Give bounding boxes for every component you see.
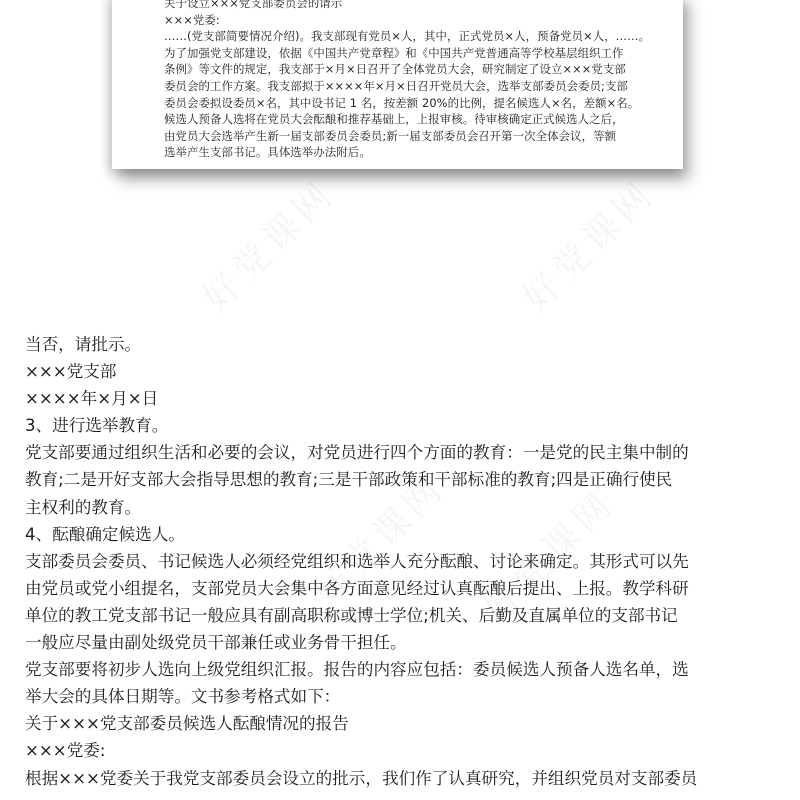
inset-line: ×××党委: bbox=[164, 12, 684, 29]
body-line: 党支部要通过组织生活和必要的会议，对党员进行四个方面的教育：一是党的民主集中制的 bbox=[25, 439, 777, 466]
body-line: 单位的教工党支部书记一般应具有副高职称或博士学位;机关、后勤及直属单位的支部书记 bbox=[25, 602, 777, 629]
inset-line: 委员会的工作方案。我支部拟于××××年×月×日召开党员大会，选举支部委员会委员;… bbox=[164, 78, 684, 95]
body-line: 支部委员会委员、书记候选人必须经党组织和选举人充分酝酿、讨论来确定。其形式可以先 bbox=[25, 548, 777, 575]
watermark: 好党课网 bbox=[510, 166, 665, 321]
inset-line: ……(党支部简要情况介绍)。我支部现有党员×人，其中，正式党员×人，预备党员×人… bbox=[164, 28, 684, 45]
inset-line: 选举产生支部书记。具体选举办法附后。 bbox=[164, 144, 684, 161]
body-line: 主权利的教育。 bbox=[25, 494, 777, 521]
body-line: 举大会的具体日期等。文书参考格式如下： bbox=[25, 683, 777, 710]
document-body: 当否，请批示。 ×××党支部 ××××年×月×日 3、进行选举教育。 党支部要通… bbox=[25, 331, 777, 792]
inset-document-text: 关于设立×××党支部委员会的请示 ×××党委: ……(党支部简要情况介绍)。我支… bbox=[164, 0, 684, 161]
inset-document-image: 关于设立×××党支部委员会的请示 ×××党委: ……(党支部简要情况介绍)。我支… bbox=[112, 0, 683, 169]
body-line: 根据×××党委关于我党支部委员会设立的批示，我们作了认真研究，并组织党员对支部委… bbox=[25, 765, 777, 792]
body-line: 由党员或党小组提名，支部党员大会集中各方面意见经过认真酝酿后提出、上报。教学科研 bbox=[25, 575, 777, 602]
inset-line: 委员会委拟设委员×名，其中设书记 1 名，按差额 20%的比例，提名候选人×名，… bbox=[164, 95, 684, 112]
body-line: 教育;二是开好支部大会指导思想的教育;三是干部政策和干部标准的教育;四是正确行使… bbox=[25, 466, 777, 493]
body-line: 当否，请批示。 bbox=[25, 331, 777, 358]
signature-date: ××××年×月×日 bbox=[25, 385, 777, 412]
report-salutation: ×××党委: bbox=[25, 737, 777, 764]
section-heading: 3、进行选举教育。 bbox=[25, 412, 777, 439]
inset-line: 为了加强党支部建设，依据《中国共产党章程》和《中国共产党普通高等学校基层组织工作 bbox=[164, 45, 684, 62]
body-line: 一般应尽量由副处级党员干部兼任或业务骨干担任。 bbox=[25, 629, 777, 656]
signature-org: ×××党支部 bbox=[25, 358, 777, 385]
body-line: 党支部要将初步人选向上级党组织汇报。报告的内容应包括：委员候选人预备人选名单，选 bbox=[25, 656, 777, 683]
report-title: 关于×××党支部委员候选人酝酿情况的报告 bbox=[25, 710, 777, 737]
inset-line: 候选人预备人选将在党员大会酝酿和推荐基础上，上报审核。待审核确定正式候选人之后， bbox=[164, 111, 684, 128]
inset-title: 关于设立×××党支部委员会的请示 bbox=[164, 0, 684, 12]
watermark: 好党课网 bbox=[190, 166, 345, 321]
section-heading: 4、酝酿确定候选人。 bbox=[25, 521, 777, 548]
inset-line: 条例》等文件的规定，我支部于×月×日召开了全体党员大会，研究制定了设立×××党支… bbox=[164, 61, 684, 78]
inset-line: 由党员大会选举产生新一届支部委员会委员;新一届支部委员会召开第一次全体会议，等额 bbox=[164, 128, 684, 145]
